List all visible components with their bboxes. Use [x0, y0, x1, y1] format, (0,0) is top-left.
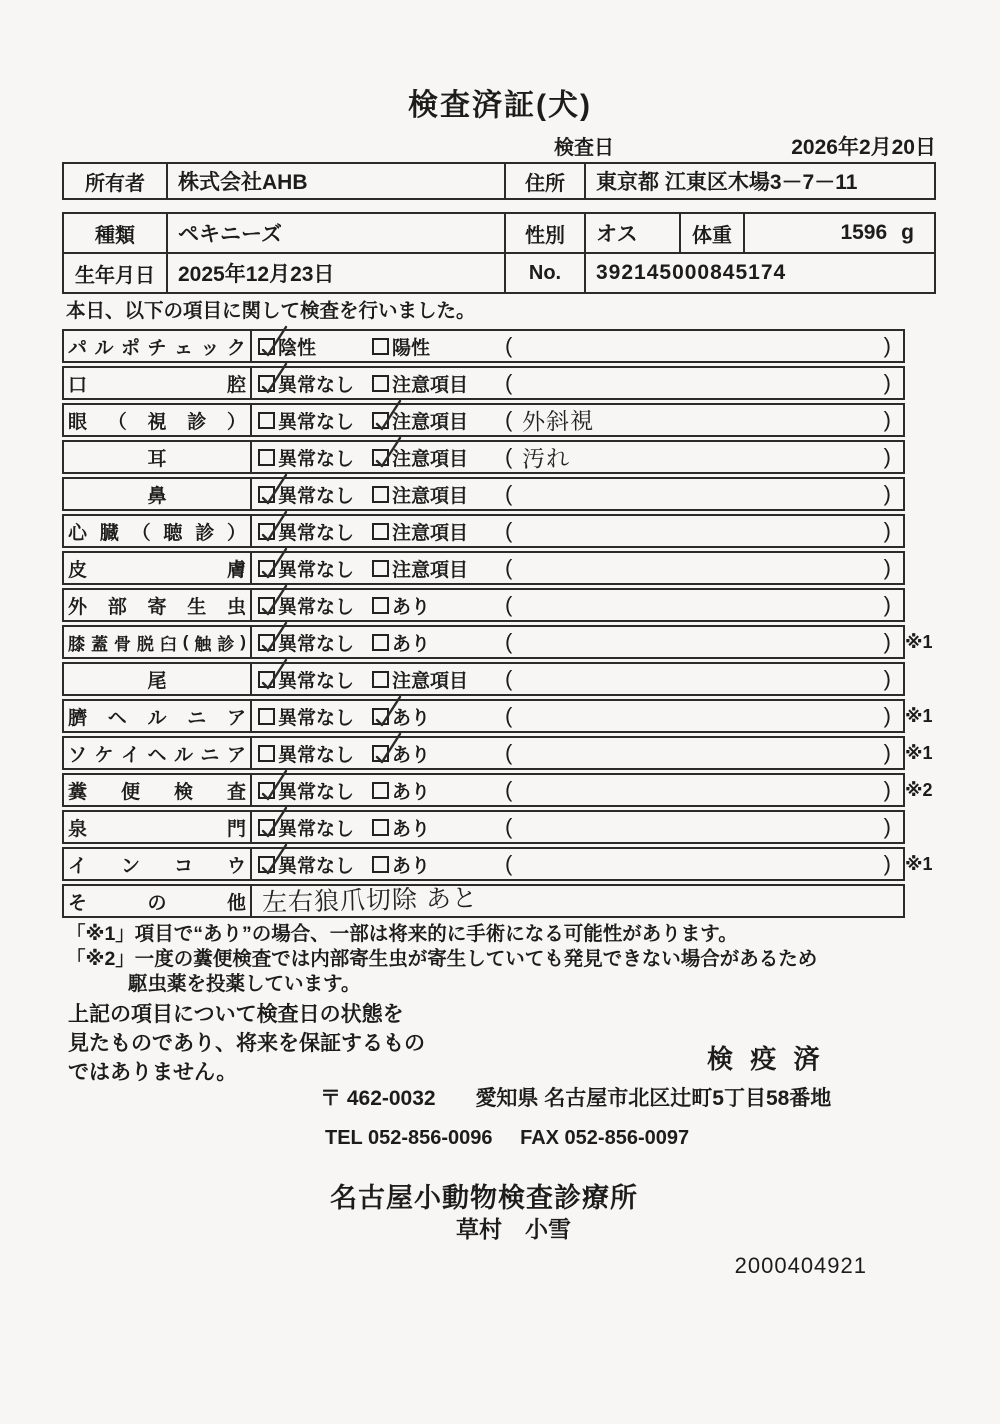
exam-row: 口腔異常なし注意項目(): [62, 366, 905, 400]
exam-option: 注意項目: [372, 666, 505, 693]
exam-option: 注意項目: [372, 555, 505, 582]
checkbox-unchecked-icon: [372, 597, 389, 614]
exam-result-cell: 異常なし注意項目(): [252, 553, 903, 583]
statement-line: 見たものであり、将来を保証するもの: [68, 1029, 425, 1058]
note-close-paren: ): [884, 481, 891, 507]
note-open-paren: (: [505, 740, 512, 766]
note-open-paren: (: [505, 703, 512, 729]
statement-line: 上記の項目について検査日の状態を: [68, 1000, 425, 1029]
exam-row: 糞便検査異常なしあり()※2: [62, 773, 905, 807]
exam-result-cell: 異常なしあり(): [252, 701, 903, 731]
exam-option: あり: [372, 740, 505, 767]
clinic-name: 名古屋小動物検査診療所: [330, 1176, 638, 1215]
option-label: 異常なし: [278, 407, 354, 434]
option-label: あり: [392, 814, 430, 841]
exam-result-cell: 異常なし注意項目(): [252, 368, 903, 398]
checkbox-unchecked-icon: [258, 449, 275, 466]
exam-option: 陽性: [372, 333, 505, 360]
exam-item-label: ソケイヘルニア: [64, 738, 252, 768]
species-label: 種類: [64, 214, 168, 252]
option-label: 注意項目: [392, 481, 468, 508]
checkbox-unchecked-icon: [372, 856, 389, 873]
exam-option: 異常なし: [258, 740, 372, 767]
note-open-paren: (: [505, 370, 512, 396]
exam-option: 異常なし: [258, 444, 372, 471]
exam-option: 異常なし: [258, 407, 372, 434]
address-label: 住所: [506, 164, 586, 198]
check-mark-icon: [256, 324, 290, 358]
checkbox-checked-icon: [258, 560, 275, 577]
note-close-paren: ): [884, 592, 891, 618]
exam-item-label: 膝蓋骨脱臼(触診): [64, 627, 252, 657]
exam-item-label: インコウ: [64, 849, 252, 879]
exam-row: 心臓（聴診）異常なし注意項目(): [62, 514, 905, 548]
exam-item-label: 鼻: [64, 479, 252, 509]
checkbox-unchecked-icon: [372, 782, 389, 799]
note-open-paren: (: [505, 518, 512, 544]
note-close-paren: ): [884, 851, 891, 877]
option-label: あり: [392, 851, 430, 878]
note-close-paren: ): [884, 370, 891, 396]
exam-result-cell: 異常なし注意項目(外斜視): [252, 405, 903, 435]
option-label: 注意項目: [392, 555, 468, 582]
note-open-paren: (: [505, 629, 512, 655]
checkbox-checked-icon: [258, 634, 275, 651]
note-close-paren: ): [884, 333, 891, 359]
check-mark-icon: [370, 435, 404, 469]
checkbox-checked-icon: [258, 375, 275, 392]
checkbox-unchecked-icon: [258, 412, 275, 429]
sex-value: オス: [586, 214, 681, 252]
note-open-paren: (: [505, 481, 512, 507]
option-label: 注意項目: [392, 370, 468, 397]
exam-option: あり: [372, 814, 505, 841]
exam-option: 異常なし: [258, 851, 372, 878]
check-mark-icon: [256, 583, 290, 617]
weight-cell: 1596 g: [745, 214, 934, 252]
check-mark-icon: [256, 842, 290, 876]
checkbox-checked-icon: [258, 782, 275, 799]
note-close-paren: ): [884, 703, 891, 729]
exam-option: 異常なし: [258, 481, 372, 508]
exam-option: 異常なし: [258, 592, 372, 619]
disclaimer-statement: 上記の項目について検査日の状態を 見たものであり、将来を保証するもの ではありま…: [68, 1000, 425, 1087]
exam-result-cell: 異常なしあり(): [252, 627, 903, 657]
intro-text: 本日、以下の項目に関して検査を行いました。: [66, 295, 476, 323]
exam-option: 異常なし: [258, 370, 372, 397]
option-label: 注意項目: [392, 518, 468, 545]
exam-result-cell: 異常なしあり(): [252, 775, 903, 805]
exam-result-cell: 陰性陽性(): [252, 331, 903, 361]
exam-result-cell: 左右狼爪切除 あと: [252, 886, 903, 916]
checkbox-checked-icon: [258, 671, 275, 688]
exam-item-label: 泉門: [64, 812, 252, 842]
check-mark-icon: [256, 546, 290, 580]
checkbox-checked-icon: [258, 819, 275, 836]
exam-item-label: その他: [64, 886, 252, 916]
checkbox-checked-icon: [258, 486, 275, 503]
check-mark-icon: [256, 657, 290, 691]
weight-unit: g: [901, 221, 914, 245]
exam-result-cell: 異常なし注意項目(): [252, 664, 903, 694]
checkbox-unchecked-icon: [372, 486, 389, 503]
exam-option: あり: [372, 851, 505, 878]
note-open-paren: (: [505, 777, 512, 803]
exam-row: 外部寄生虫異常なしあり(): [62, 588, 905, 622]
inspection-date-label: 検査日: [554, 131, 614, 160]
exam-option: 陰性: [258, 333, 372, 360]
option-label: 異常なし: [278, 740, 354, 767]
clinic-address-line: 〒 462-0032 愛知県 名古屋市北区辻町5丁目58番地: [320, 1082, 831, 1112]
quarantine-stamp: 検 疫 済: [707, 1039, 824, 1076]
exam-item-label: 皮膚: [64, 553, 252, 583]
exam-option: あり: [372, 592, 505, 619]
no-value: 392145000845174: [586, 254, 934, 292]
exam-row: 膝蓋骨脱臼(触診)異常なしあり()※1: [62, 625, 905, 659]
note-close-paren: ): [884, 666, 891, 692]
exam-item-label: 口腔: [64, 368, 252, 398]
checkbox-unchecked-icon: [258, 745, 275, 762]
option-label: あり: [392, 777, 430, 804]
note-close-paren: ): [884, 518, 891, 544]
exam-row: 鼻異常なし注意項目(): [62, 477, 905, 511]
species-value: ペキニーズ: [168, 214, 506, 252]
exam-item-label: 糞便検査: [64, 775, 252, 805]
handwritten-note: 左右狼爪切除 あと: [258, 878, 479, 919]
note-close-paren: ): [884, 777, 891, 803]
checkbox-unchecked-icon: [372, 338, 389, 355]
clinic-address: 愛知県 名古屋市北区辻町5丁目58番地: [475, 1087, 831, 1110]
checkbox-checked-icon: [372, 449, 389, 466]
address-value: 東京都 江東区木場3－7－11: [586, 164, 934, 198]
note-open-paren: (: [505, 555, 512, 581]
footnote-mark: ※1: [905, 706, 947, 727]
note-open-paren: (: [505, 407, 512, 433]
note-close-paren: ): [884, 444, 891, 470]
exam-option: 注意項目: [372, 444, 505, 471]
note-close-paren: ): [884, 629, 891, 655]
check-mark-icon: [256, 472, 290, 506]
check-mark-icon: [256, 805, 290, 839]
exam-option: 注意項目: [372, 370, 505, 397]
exam-row: その他左右狼爪切除 あと: [62, 884, 905, 918]
examiner-name: 草村 小雪: [456, 1211, 571, 1244]
checkbox-unchecked-icon: [372, 560, 389, 577]
option-label: あり: [392, 592, 430, 619]
exam-item-label: 眼（視診）: [64, 405, 252, 435]
check-mark-icon: [256, 509, 290, 543]
exam-row: 泉門異常なしあり(): [62, 810, 905, 844]
exam-option: 異常なし: [258, 629, 372, 656]
note-open-paren: (: [505, 814, 512, 840]
checkbox-checked-icon: [372, 708, 389, 725]
option-label: 異常なし: [278, 703, 354, 730]
inspection-date-row: 検査日 2026年2月20日: [62, 131, 936, 161]
check-mark-icon: [370, 731, 404, 765]
no-label: No.: [506, 254, 586, 292]
exam-option: 注意項目: [372, 407, 505, 434]
exam-row: 尾異常なし注意項目(): [62, 662, 905, 696]
owner-label: 所有者: [64, 164, 168, 198]
checkbox-unchecked-icon: [372, 523, 389, 540]
footnote-line: 駆虫薬を投薬しています。: [66, 972, 926, 997]
exam-result-cell: 異常なし注意項目(汚れ): [252, 442, 903, 472]
note-close-paren: ): [884, 407, 891, 433]
exam-result-cell: 異常なしあり(): [252, 590, 903, 620]
exam-row: 皮膚異常なし注意項目(): [62, 551, 905, 585]
certificate-page: 検査済証(犬) 検査日 2026年2月20日 所有者 株式会社AHB 住所 東京…: [0, 0, 1000, 1424]
note-open-paren: (: [505, 851, 512, 877]
footnote-mark: ※1: [905, 632, 947, 653]
note-close-paren: ): [884, 555, 891, 581]
exam-result-cell: 異常なし注意項目(): [252, 479, 903, 509]
footnote-mark: ※1: [905, 743, 947, 764]
handwritten-note: 汚れ: [522, 439, 571, 473]
inspection-date-value: 2026年2月20日: [791, 131, 936, 161]
birth-value: 2025年12月23日: [168, 254, 506, 292]
footnote-mark: ※1: [905, 854, 947, 875]
note-open-paren: (: [505, 444, 512, 470]
handwritten-note: 外斜視: [522, 402, 595, 437]
checkbox-checked-icon: [258, 856, 275, 873]
checkbox-unchecked-icon: [372, 375, 389, 392]
checkbox-unchecked-icon: [372, 819, 389, 836]
check-mark-icon: [370, 398, 404, 432]
check-mark-icon: [256, 361, 290, 395]
clinic-contact-line: TEL 052-856-0096 FAX 052-856-0097: [325, 1127, 689, 1150]
option-label: 陽性: [392, 333, 430, 360]
exam-option: 異常なし: [258, 814, 372, 841]
exam-row: ソケイヘルニア異常なしあり()※1: [62, 736, 905, 770]
birth-label: 生年月日: [64, 254, 168, 292]
check-mark-icon: [256, 620, 290, 654]
checkbox-unchecked-icon: [372, 634, 389, 651]
owner-value: 株式会社AHB: [168, 164, 506, 198]
weight-label: 体重: [681, 214, 745, 252]
note-open-paren: (: [505, 333, 512, 359]
exam-row: 臍ヘルニア異常なしあり()※1: [62, 699, 905, 733]
exam-option: あり: [372, 629, 505, 656]
checkbox-checked-icon: [258, 597, 275, 614]
exam-item-label: 外部寄生虫: [64, 590, 252, 620]
option-label: 注意項目: [392, 666, 468, 693]
exam-option: 異常なし: [258, 666, 372, 693]
exam-result-cell: 異常なしあり(): [252, 812, 903, 842]
clinic-fax: FAX 052-856-0097: [520, 1127, 689, 1149]
option-label: あり: [392, 629, 430, 656]
exam-result-cell: 異常なし注意項目(): [252, 516, 903, 546]
exam-row: 耳異常なし注意項目(汚れ): [62, 440, 905, 474]
exam-option: あり: [372, 703, 505, 730]
exam-item-label: 耳: [64, 442, 252, 472]
exam-option: 異常なし: [258, 555, 372, 582]
note-close-paren: ): [884, 740, 891, 766]
serial-number: 2000404921: [735, 1253, 867, 1279]
exam-row: パルポチェック陰性陽性(): [62, 329, 905, 363]
checkbox-unchecked-icon: [372, 671, 389, 688]
exam-item-label: 心臓（聴診）: [64, 516, 252, 546]
footnote-line: 「※2」一度の糞便検査では内部寄生虫が寄生していても発見できない場合があるため: [66, 947, 926, 972]
exam-option: 異常なし: [258, 518, 372, 545]
pet-row-birth: 生年月日 2025年12月23日 No. 392145000845174: [64, 254, 934, 292]
exam-option: 異常なし: [258, 777, 372, 804]
checkbox-checked-icon: [258, 338, 275, 355]
check-mark-icon: [370, 694, 404, 728]
note-close-paren: ): [884, 814, 891, 840]
exam-item-label: 臍ヘルニア: [64, 701, 252, 731]
pet-row-species: 種類 ペキニーズ 性別 オス 体重 1596 g: [64, 214, 934, 254]
exam-item-label: パルポチェック: [64, 331, 252, 361]
note-open-paren: (: [505, 666, 512, 692]
checkbox-unchecked-icon: [258, 708, 275, 725]
checkbox-checked-icon: [372, 745, 389, 762]
exam-row: 眼（視診）異常なし注意項目(外斜視): [62, 403, 905, 437]
exam-option: 異常なし: [258, 703, 372, 730]
pet-table: 種類 ペキニーズ 性別 オス 体重 1596 g 生年月日 2025年12月23…: [62, 212, 936, 294]
checkbox-checked-icon: [372, 412, 389, 429]
check-mark-icon: [256, 768, 290, 802]
clinic-tel: TEL 052-856-0096: [325, 1127, 493, 1149]
postal-code: 〒 462-0032: [320, 1087, 436, 1110]
exam-table: パルポチェック陰性陽性()口腔異常なし注意項目()眼（視診）異常なし注意項目(外…: [62, 329, 905, 921]
exam-item-label: 尾: [64, 664, 252, 694]
exam-row: インコウ異常なしあり()※1: [62, 847, 905, 881]
footnote-mark: ※2: [905, 780, 947, 801]
weight-value: 1596: [840, 221, 887, 245]
exam-result-cell: 異常なしあり(): [252, 849, 903, 879]
exam-result-cell: 異常なしあり(): [252, 738, 903, 768]
sex-label: 性別: [506, 214, 586, 252]
exam-option: あり: [372, 777, 505, 804]
checkbox-checked-icon: [258, 523, 275, 540]
owner-table: 所有者 株式会社AHB 住所 東京都 江東区木場3－7－11: [62, 162, 936, 200]
exam-option: 注意項目: [372, 518, 505, 545]
option-label: 異常なし: [278, 444, 354, 471]
page-title: 検査済証(犬): [0, 80, 1000, 124]
note-open-paren: (: [505, 592, 512, 618]
footnotes: 「※1」項目で“あり”の場合、一部は将来的に手術になる可能性があります。 「※2…: [66, 922, 926, 997]
exam-option: 注意項目: [372, 481, 505, 508]
footnote-line: 「※1」項目で“あり”の場合、一部は将来的に手術になる可能性があります。: [66, 922, 926, 947]
